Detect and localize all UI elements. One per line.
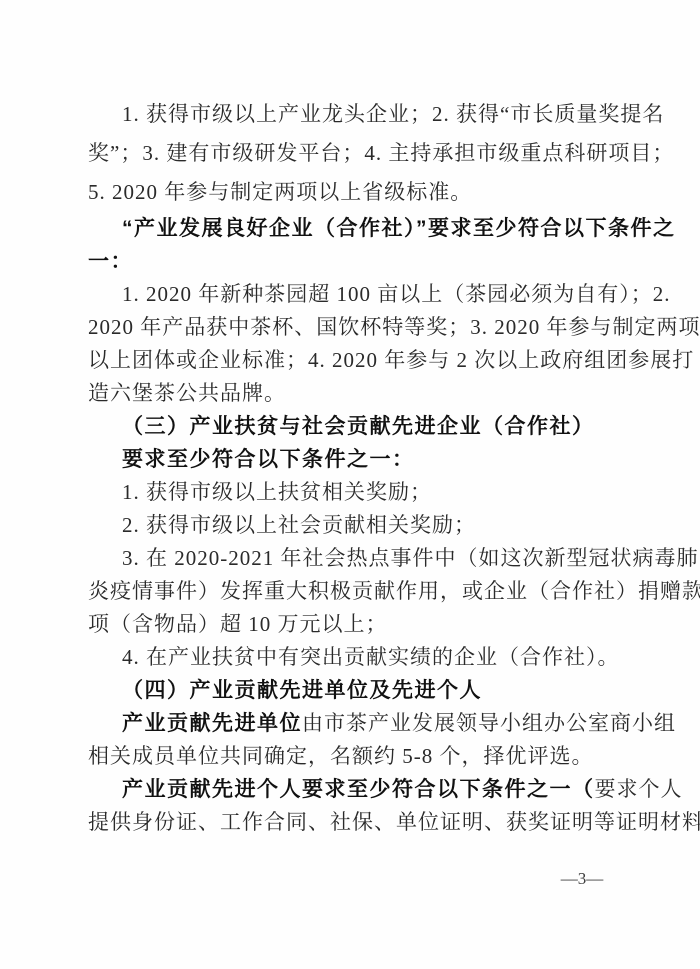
bold-segment: 一：: [88, 250, 133, 273]
text-line: 奖”；3. 建有市级研发平台；4. 主持承担市级重点科研项目；: [88, 134, 634, 173]
text-line: “产业发展良好企业（合作社）”要求至少符合以下条件之: [88, 212, 634, 245]
section-heading: （四）产业贡献先进单位及先进个人: [88, 674, 634, 707]
text-line: 2. 获得市级以上社会贡献相关奖励；: [88, 509, 634, 542]
text-line: 要求至少符合以下条件之一：: [88, 443, 634, 476]
paragraph: 2. 获得市级以上社会贡献相关奖励；: [88, 509, 634, 542]
bold-segment: （三）产业扶贫与社会贡献先进企业（合作社）: [122, 415, 595, 438]
bold-segment: 产业贡献先进单位: [122, 712, 302, 735]
text-line: 以上团体或企业标准；4. 2020 年参与 2 次以上政府组团参展打: [88, 344, 634, 377]
regular-segment: 3. 在 2020-2021 年社会热点事件中（如这次新型冠状病毒肺: [122, 546, 699, 570]
text-line: 炎疫情事件）发挥重大积极贡献作用，或企业（合作社）捐赠款: [88, 575, 634, 608]
text-line: 项（含物品）超 10 万元以上；: [88, 608, 634, 641]
bold-segment: （四）产业贡献先进单位及先进个人: [122, 679, 482, 702]
paragraph: 1. 获得市级以上产业龙头企业；2. 获得“市长质量奖提名 奖”；3. 建有市级…: [88, 95, 634, 212]
regular-segment: 要求个人: [595, 777, 683, 801]
text-line: 1. 获得市级以上扶贫相关奖励；: [88, 476, 634, 509]
paragraph: 4. 在产业扶贫中有突出贡献实绩的企业（合作社）。: [88, 641, 634, 674]
paragraph: “产业发展良好企业（合作社）”要求至少符合以下条件之 一：: [88, 212, 634, 278]
regular-segment: 提供身份证、工作合同、社保、单位证明、获奖证明等证明材料: [88, 810, 700, 834]
text-line: 造六堡茶公共品牌。: [88, 377, 634, 410]
regular-segment: 1. 获得市级以上产业龙头企业；2. 获得“市长质量奖提名: [122, 102, 664, 126]
regular-segment: 以上团体或企业标准；4. 2020 年参与 2 次以上政府组团参展打: [88, 348, 694, 372]
paragraph: 3. 在 2020-2021 年社会热点事件中（如这次新型冠状病毒肺 炎疫情事件…: [88, 542, 634, 641]
regular-segment: 5. 2020 年参与制定两项以上省级标准。: [88, 180, 472, 204]
regular-segment: 1. 获得市级以上扶贫相关奖励；: [122, 480, 432, 504]
text-line: 3. 在 2020-2021 年社会热点事件中（如这次新型冠状病毒肺: [88, 542, 634, 575]
regular-segment: 2. 获得市级以上社会贡献相关奖励；: [122, 513, 476, 537]
regular-segment: 相关成员单位共同确定，名额约 5-8 个，择优评选。: [88, 744, 594, 768]
text-line: 5. 2020 年参与制定两项以上省级标准。: [88, 173, 634, 212]
paragraph: 要求至少符合以下条件之一：: [88, 443, 634, 476]
text-line: 产业贡献先进单位由市茶产业发展领导小组办公室商小组: [88, 707, 634, 740]
text-line: （三）产业扶贫与社会贡献先进企业（合作社）: [88, 410, 634, 443]
regular-segment: 1. 2020 年新种茶园超 100 亩以上（茶园必须为自有）；2.: [122, 282, 671, 306]
bold-segment: 要求至少符合以下条件之一：: [122, 448, 415, 471]
page-number: —3—: [540, 869, 624, 889]
regular-segment: 项（含物品）超 10 万元以上；: [88, 612, 388, 636]
regular-segment: 4. 在产业扶贫中有突出贡献实绩的企业（合作社）。: [122, 645, 620, 669]
section-heading: （三）产业扶贫与社会贡献先进企业（合作社）: [88, 410, 634, 443]
bold-segment: “产业发展良好企业（合作社）”要求至少符合以下条件之: [122, 217, 676, 240]
paragraph: 产业贡献先进单位由市茶产业发展领导小组办公室商小组 相关成员单位共同确定，名额约…: [88, 707, 634, 773]
document-page: 1. 获得市级以上产业龙头企业；2. 获得“市长质量奖提名 奖”；3. 建有市级…: [0, 0, 700, 969]
text-line: 一：: [88, 245, 634, 278]
document-body: 1. 获得市级以上产业龙头企业；2. 获得“市长质量奖提名 奖”；3. 建有市级…: [88, 95, 634, 839]
paragraph: 1. 2020 年新种茶园超 100 亩以上（茶园必须为自有）；2. 2020 …: [88, 278, 634, 410]
paragraph: 产业贡献先进个人要求至少符合以下条件之一（要求个人 提供身份证、工作合同、社保、…: [88, 773, 634, 839]
text-line: 1. 2020 年新种茶园超 100 亩以上（茶园必须为自有）；2.: [88, 278, 634, 311]
text-line: 相关成员单位共同确定，名额约 5-8 个，择优评选。: [88, 740, 634, 773]
regular-segment: 2020 年产品获中茶杯、国饮杯特等奖；3. 2020 年参与制定两项: [88, 315, 700, 339]
regular-segment: 由市茶产业发展领导小组办公室商小组: [302, 711, 676, 735]
text-line: （四）产业贡献先进单位及先进个人: [88, 674, 634, 707]
regular-segment: 奖”；3. 建有市级研发平台；4. 主持承担市级重点科研项目；: [88, 141, 674, 165]
bold-segment: 产业贡献先进个人要求至少符合以下条件之一（: [122, 778, 595, 801]
text-line: 1. 获得市级以上产业龙头企业；2. 获得“市长质量奖提名: [88, 95, 634, 134]
regular-segment: 炎疫情事件）发挥重大积极贡献作用，或企业（合作社）捐赠款: [88, 579, 700, 603]
regular-segment: 造六堡茶公共品牌。: [88, 381, 286, 405]
text-line: 产业贡献先进个人要求至少符合以下条件之一（要求个人: [88, 773, 634, 806]
text-line: 2020 年产品获中茶杯、国饮杯特等奖；3. 2020 年参与制定两项: [88, 311, 634, 344]
text-line: 提供身份证、工作合同、社保、单位证明、获奖证明等证明材料: [88, 806, 634, 839]
paragraph: 1. 获得市级以上扶贫相关奖励；: [88, 476, 634, 509]
text-line: 4. 在产业扶贫中有突出贡献实绩的企业（合作社）。: [88, 641, 634, 674]
